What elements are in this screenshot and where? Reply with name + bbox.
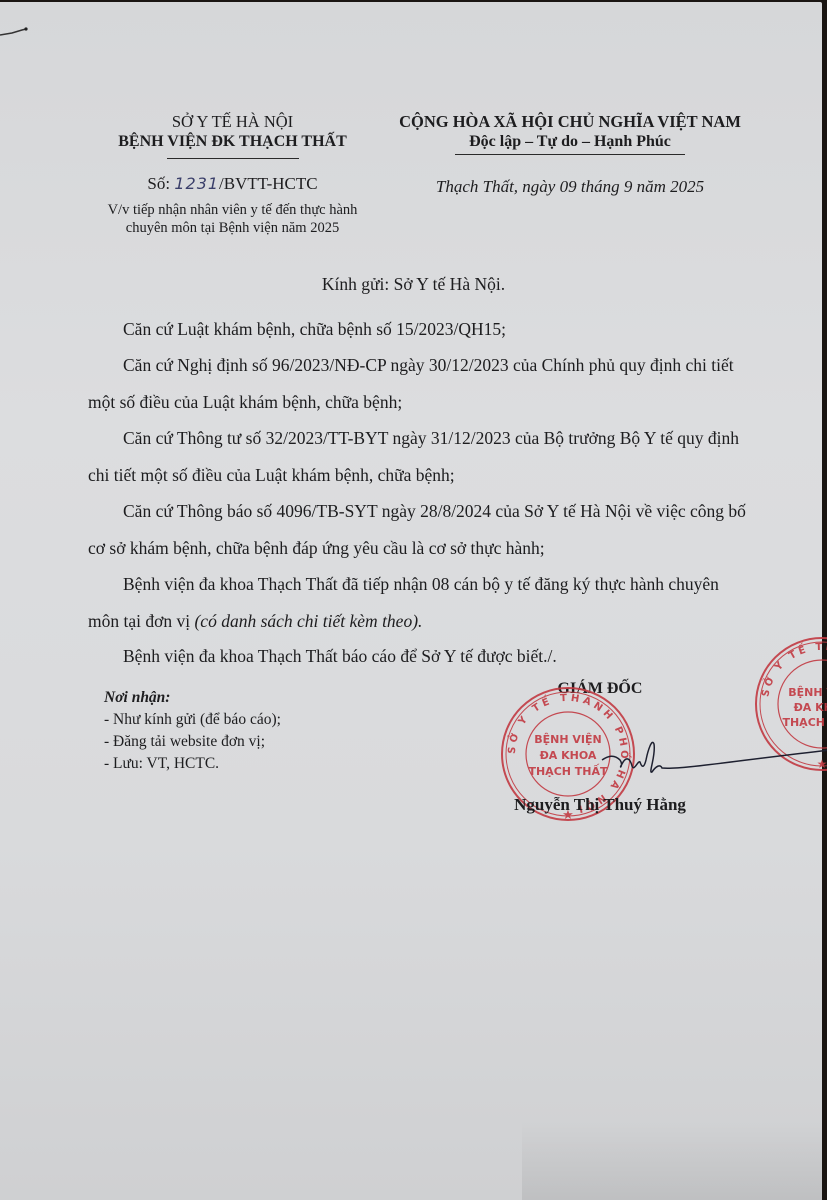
- organization-underline: [167, 158, 299, 159]
- nation-name: CỘNG HÒA XÃ HỘI CHỦ NGHĨA VIỆT NAM: [380, 112, 760, 132]
- document-page: SỞ Y TẾ HÀ NỘI BỆNH VIỆN ĐK THẠCH THẤT S…: [0, 2, 822, 1200]
- body-paragraph-5: Bệnh viện đa khoa Thạch Thất đã tiếp nhậ…: [88, 566, 748, 640]
- body-paragraph-3: Căn cứ Thông tư số 32/2023/TT-BYT ngày 3…: [88, 420, 748, 494]
- national-motto: Độc lập – Tự do – Hạnh Phúc: [380, 132, 760, 152]
- organization-name: BỆNH VIỆN ĐK THẠCH THẤT: [100, 132, 365, 152]
- agency-name: SỞ Y TẾ HÀ NỘI: [100, 112, 365, 132]
- svg-text:THẠCH THẤT: THẠCH THẤT: [782, 714, 827, 729]
- paragraph-text: Căn cứ Thông tư số 32/2023/TT-BYT ngày 3…: [88, 428, 739, 485]
- paragraph-text: Căn cứ Luật khám bệnh, chữa bệnh số 15/2…: [123, 319, 506, 339]
- svg-text:ĐA KHOA: ĐA KHOA: [540, 749, 597, 762]
- body-paragraph-2: Căn cứ Nghị định số 96/2023/NĐ-CP ngày 3…: [88, 347, 748, 421]
- paragraph-text: Căn cứ Nghị định số 96/2023/NĐ-CP ngày 3…: [88, 355, 734, 412]
- recipients-block: Nơi nhận: - Như kính gửi (để báo cáo); -…: [104, 687, 281, 775]
- subject-line-2: chuyên môn tại Bệnh viện năm 2025: [100, 219, 365, 237]
- paragraph-text: Bệnh viện đa khoa Thạch Thất báo cáo để …: [123, 646, 557, 666]
- issuing-authority-block: SỞ Y TẾ HÀ NỘI BỆNH VIỆN ĐK THẠCH THẤT: [100, 112, 365, 159]
- subject-line: V/v tiếp nhận nhân viên y tế đến thực hà…: [100, 201, 365, 237]
- paragraph-text: Căn cứ Thông báo số 4096/TB-SYT ngày 28/…: [88, 501, 746, 558]
- doc-number-handwritten: 1231: [174, 174, 219, 193]
- body-paragraph-4: Căn cứ Thông báo số 4096/TB-SYT ngày 28/…: [88, 493, 748, 567]
- recipients-title: Nơi nhận:: [104, 687, 281, 709]
- place-and-date: Thạch Thất, ngày 09 tháng 9 năm 2025: [380, 177, 760, 197]
- doc-number-suffix: /BVTT-HCTC: [219, 174, 318, 193]
- doc-number-prefix: Số:: [147, 174, 174, 193]
- signer-name: Nguyễn Thị Thuý Hằng: [495, 795, 705, 815]
- subject-line-1: V/v tiếp nhận nhân viên y tế đến thực hà…: [100, 201, 365, 219]
- svg-text:ĐA KHOA: ĐA KHOA: [794, 701, 827, 714]
- recipient-item: - Lưu: VT, HCTC.: [104, 753, 281, 775]
- addressee: Kính gửi: Sở Y tế Hà Nội.: [0, 274, 827, 295]
- motto-underline: [455, 154, 685, 155]
- body-paragraph-6: Bệnh viện đa khoa Thạch Thất báo cáo để …: [88, 638, 748, 675]
- document-number: Số: 1231/BVTT-HCTC: [100, 174, 365, 194]
- attachment-note: (có danh sách chi tiết kèm theo).: [194, 611, 422, 631]
- svg-text:BỆNH VIỆN: BỆNH VIỆN: [788, 686, 827, 699]
- svg-text:BỆNH VIỆN: BỆNH VIỆN: [534, 733, 601, 746]
- body-paragraph-1: Căn cứ Luật khám bệnh, chữa bệnh số 15/2…: [88, 311, 748, 348]
- recipient-item: - Như kính gửi (để báo cáo);: [104, 709, 281, 731]
- recipient-item: - Đăng tải website đơn vị;: [104, 731, 281, 753]
- handwritten-signature-icon: [600, 730, 827, 790]
- pen-mark-icon: [0, 26, 30, 38]
- svg-text:THẠCH THẤT: THẠCH THẤT: [528, 763, 608, 778]
- national-heading-block: CỘNG HÒA XÃ HỘI CHỦ NGHĨA VIỆT NAM Độc l…: [380, 112, 760, 155]
